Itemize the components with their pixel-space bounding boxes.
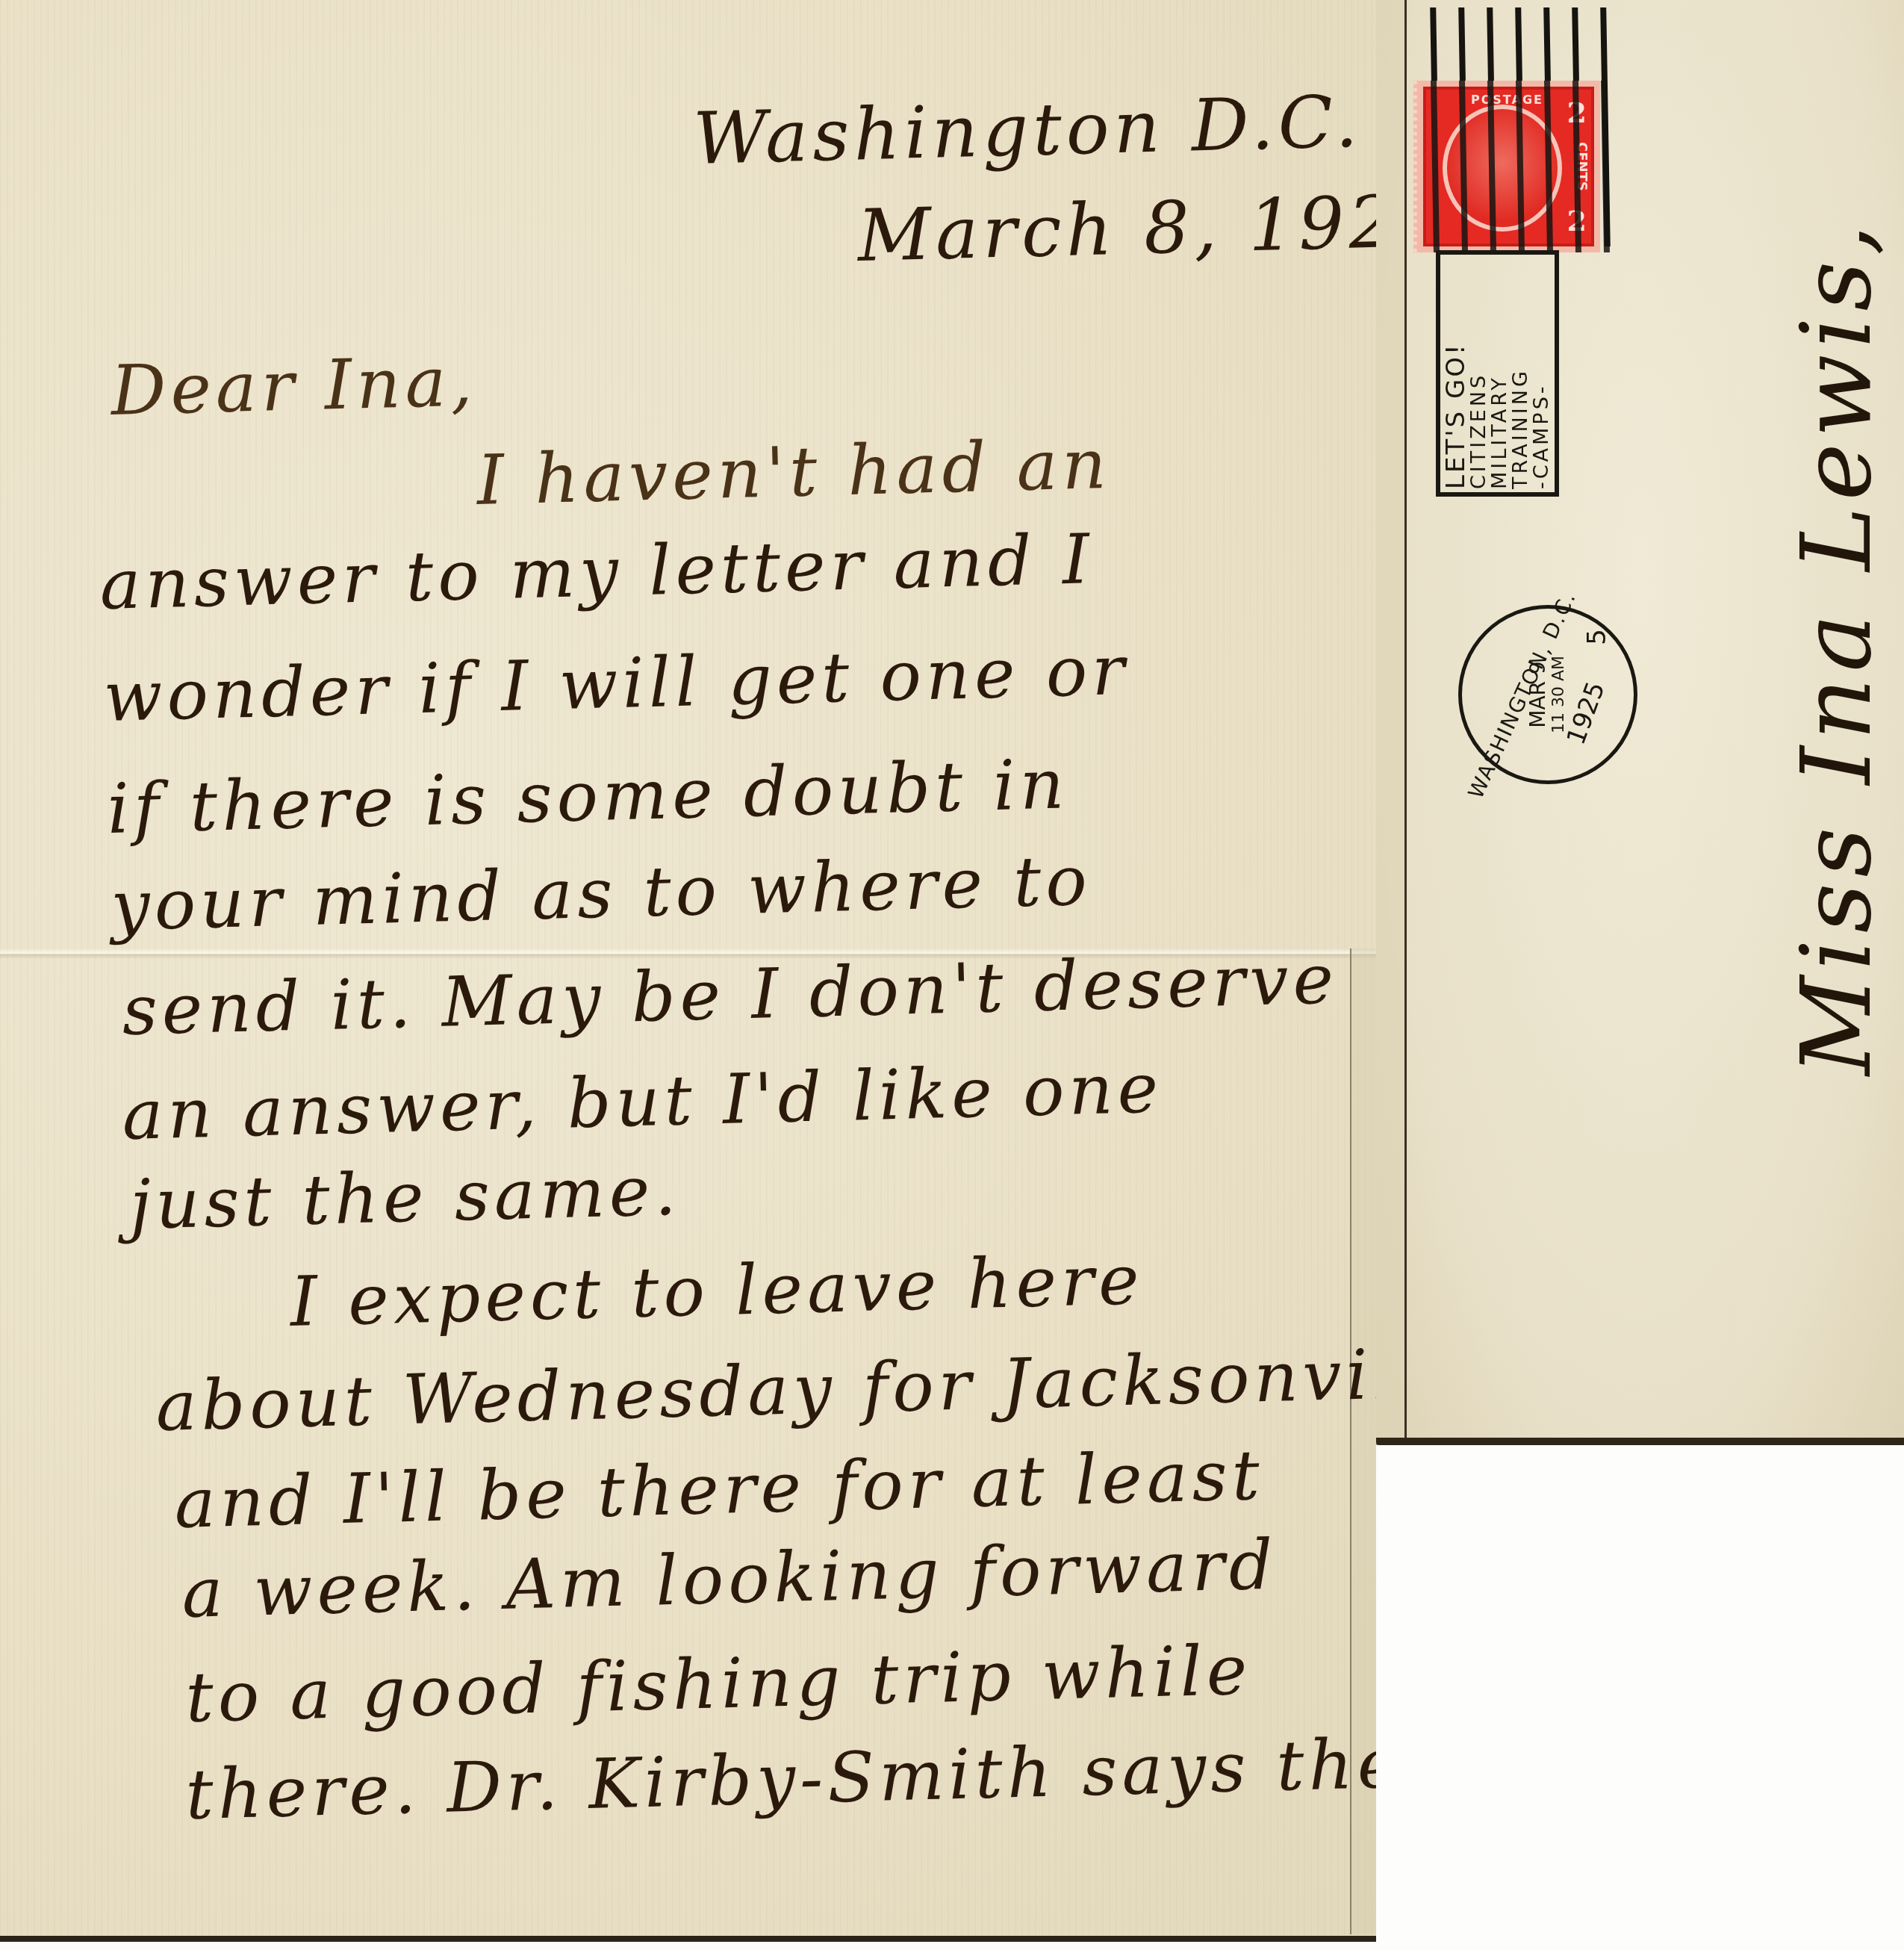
letter-line: I expect to leave here: [289, 1240, 1145, 1342]
letter-line: just the same.: [128, 1151, 682, 1245]
letter-line: and I'll be there for at least: [173, 1435, 1265, 1544]
recipient-address: Miss Ina Lewis,: [1779, 219, 1893, 1076]
postmark-station: 5: [1582, 629, 1612, 645]
letter-place: Washington D.C.: [692, 80, 1363, 181]
slogan-cancel-box: LET'S GO! CITIZENS MILITARY TRAINING -CA…: [1436, 250, 1559, 497]
postmark-circle: WASHINGTON, D.C. 5 MAR 9 11 30 AM 1925: [1458, 605, 1637, 784]
letter-line: wonder if I will get one or: [102, 630, 1130, 737]
slogan-line: -CAMPS-: [1531, 258, 1552, 489]
letter-page: Washington D.C. March 8, 1925. Dear Ina,…: [0, 0, 1376, 1942]
postmark-date-time: MAR 9 11 30 AM: [1527, 656, 1569, 733]
letter-line: I haven't had an: [476, 424, 1112, 521]
letter-line: an answer, but I'd like one: [121, 1049, 1163, 1155]
slogan-line: LET'S GO!: [1443, 258, 1469, 489]
postmark-year: 1925: [1561, 678, 1611, 749]
slogan-line: TRAINING: [1511, 258, 1531, 489]
slogan-line: MILITARY: [1490, 258, 1511, 489]
scanner-background: [1376, 1445, 1904, 1950]
letter-line: a week. Am looking forward: [181, 1525, 1278, 1633]
envelope: POSTAGE 2 CENTS 2 LET'S GO! CITIZENS MIL…: [1376, 0, 1904, 1445]
envelope-inner-flap: [1376, 0, 1407, 1438]
slogan-line: CITIZENS: [1469, 258, 1490, 489]
letter-line: to a good fishing trip while: [184, 1630, 1252, 1738]
letter-line: your mind as to where to: [110, 841, 1092, 946]
machine-cancel-bars-over-stamp: [1432, 81, 1604, 252]
letter-line: answer to my letter and I: [99, 519, 1095, 625]
letter-line: there. Dr. Kirby-Smith says they: [184, 1722, 1446, 1835]
letter-line: if there is some doubt in: [106, 744, 1069, 849]
letter-salutation: Dear Ina,: [110, 341, 478, 431]
letter-line: about Wednesday for Jacksonville: [155, 1332, 1471, 1447]
postmark-time: 11 30 AM: [1549, 656, 1569, 733]
postmark-date: MAR 9: [1527, 656, 1549, 733]
